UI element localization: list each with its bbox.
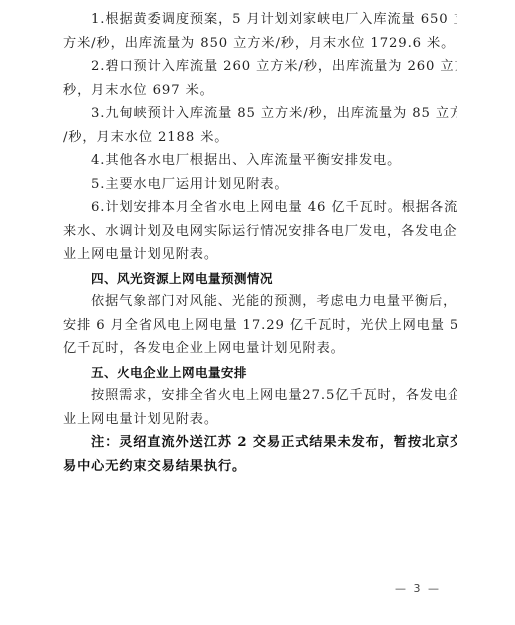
paragraph-line: 1.根据黄委调度预案，5 月计划刘家峡电厂入库流量 650 立 <box>63 8 457 32</box>
paragraph-line: 5.主要水电厂运用计划见附表。 <box>63 173 457 197</box>
paragraph-line: 业上网电量计划见附表。 <box>63 408 457 432</box>
paragraph-line: 安排 6 月全省风电上网电量 17.29 亿千瓦时，光伏上网电量 5.71 <box>63 314 457 338</box>
paragraph-line: 业上网电量计划见附表。 <box>63 243 457 267</box>
paragraph-line: 6.计划安排本月全省水电上网电量 46 亿千瓦时。根据各流域 <box>63 196 457 220</box>
document-body: 1.根据黄委调度预案，5 月计划刘家峡电厂入库流量 650 立 方米/秒，出库流… <box>63 8 457 478</box>
paragraph-line: /秒，月末水位 2188 米。 <box>63 126 457 150</box>
paragraph-line: 秒，月末水位 697 米。 <box>63 79 457 103</box>
paragraph-line: 3.九甸峡预计入库流量 85 立方米/秒，出库流量为 85 立方米 <box>63 102 457 126</box>
paragraph-line: 按照需求，安排全省火电上网电量27.5亿千瓦时，各发电企 <box>63 384 457 408</box>
paragraph-line: 2.碧口预计入库流量 260 立方米/秒，出库流量为 260 立方米/ <box>63 55 457 79</box>
section-heading-thermal: 五、火电企业上网电量安排 <box>63 361 457 385</box>
page-number: — 3 — <box>395 582 441 595</box>
paragraph-line: 4.其他各水电厂根据出、入库流量平衡安排发电。 <box>63 149 457 173</box>
section-heading-wind-solar: 四、风光资源上网电量预测情况 <box>63 267 457 291</box>
note-line: 易中心无约束交易结果执行。 <box>63 455 457 479</box>
paragraph-line: 方米/秒，出库流量为 850 立方米/秒，月末水位 1729.6 米。 <box>63 32 457 56</box>
note-line: 注：灵绍直流外送江苏 2 交易正式结果未发布，暂按北京交 <box>63 431 457 455</box>
paragraph-line: 来水、水调计划及电网实际运行情况安排各电厂发电，各发电企 <box>63 220 457 244</box>
paragraph-line: 依据气象部门对风能、光能的预测，考虑电力电量平衡后， <box>63 290 457 314</box>
paragraph-line: 亿千瓦时，各发电企业上网电量计划见附表。 <box>63 337 457 361</box>
